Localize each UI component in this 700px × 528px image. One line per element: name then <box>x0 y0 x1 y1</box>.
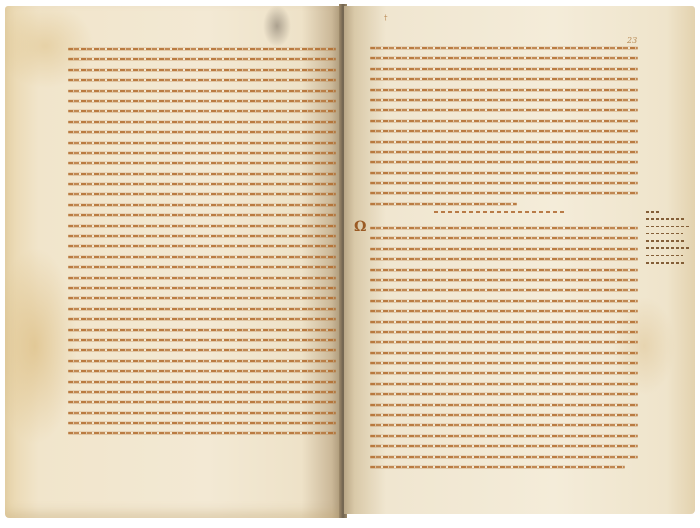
manuscript-text-line <box>68 412 336 414</box>
manuscript-text-line <box>370 172 638 174</box>
manuscript-text-line <box>370 99 638 101</box>
manuscript-text-line <box>68 183 336 185</box>
manuscript-text-line <box>68 401 336 403</box>
manuscript-text-line <box>370 269 638 271</box>
manuscript-text-line <box>370 331 638 333</box>
manuscript-text-line <box>370 393 638 395</box>
manuscript-text-line <box>68 214 336 216</box>
manuscript-text-line <box>370 151 638 153</box>
manuscript-text-line <box>370 300 638 302</box>
manuscript-text-line <box>68 173 336 175</box>
manuscript-text-line <box>370 182 638 184</box>
manuscript-text-line <box>68 245 336 247</box>
manuscript-text-line <box>370 289 638 291</box>
manuscript-text-line <box>370 130 638 132</box>
manuscript-text-line <box>68 162 336 164</box>
manuscript-text-line <box>370 120 638 122</box>
manuscript-text-line <box>370 456 638 458</box>
manuscript-text-line <box>370 237 638 239</box>
marginal-note-line <box>646 255 683 257</box>
manuscript-text-line <box>68 370 336 372</box>
manuscript-text-line <box>68 131 336 133</box>
manuscript-text-line <box>370 248 638 250</box>
manuscript-text-line <box>68 432 336 434</box>
marginal-note-line <box>646 262 686 264</box>
manuscript-text-line <box>370 435 638 437</box>
manuscript-text-line <box>68 349 336 351</box>
manuscript-text-line <box>370 352 638 354</box>
manuscript-text-line <box>68 90 336 92</box>
manuscript-text-line <box>68 58 336 60</box>
manuscript-text-line <box>68 204 336 206</box>
manuscript-text-line <box>370 109 638 111</box>
manuscript-text-line <box>370 383 638 385</box>
manuscript-text-line <box>370 445 638 447</box>
manuscript-text-line <box>68 256 336 258</box>
right-page-text-block-top <box>370 47 638 213</box>
manuscript-text-line <box>68 277 336 279</box>
marginal-note-line <box>646 218 686 220</box>
manuscript-text-line <box>68 69 336 71</box>
marginal-note-line <box>646 247 689 249</box>
manuscript-text-line <box>68 266 336 268</box>
manuscript-text-line <box>370 424 638 426</box>
manuscript-text-line <box>68 360 336 362</box>
manuscript-text-line <box>68 121 336 123</box>
manuscript-text-line <box>68 110 336 112</box>
manuscript-text-line <box>370 404 638 406</box>
manuscript-text-line <box>68 308 336 310</box>
right-page-text-block-bottom <box>370 227 638 476</box>
manuscript-text-line <box>68 152 336 154</box>
left-manuscript-page <box>5 6 342 518</box>
manuscript-text-line <box>370 89 638 91</box>
manuscript-text-line <box>370 466 625 468</box>
manuscript-text-line <box>370 414 638 416</box>
manuscript-text-line <box>68 48 336 50</box>
manuscript-text-line <box>68 329 336 331</box>
manuscript-text-line <box>68 318 336 320</box>
marginal-note-line <box>646 233 683 235</box>
decorated-initial-letter: Ω <box>354 220 366 234</box>
manuscript-text-line <box>68 100 336 102</box>
manuscript-text-line <box>68 225 336 227</box>
manuscript-text-line <box>370 372 638 374</box>
manuscript-text-line <box>370 341 638 343</box>
manuscript-text-line <box>68 297 336 299</box>
manuscript-text-line <box>370 57 638 59</box>
manuscript-text-line <box>68 142 336 144</box>
manuscript-text-line <box>370 258 638 260</box>
manuscript-text-line <box>370 192 638 194</box>
manuscript-text-line <box>68 193 336 195</box>
manuscript-text-line <box>370 141 638 143</box>
folio-number: 23 <box>627 36 637 45</box>
cross-mark-icon: † <box>384 14 388 22</box>
manuscript-text-line <box>370 68 638 70</box>
manuscript-text-line <box>68 381 336 383</box>
manuscript-text-line <box>370 310 638 312</box>
manuscript-text-line <box>370 161 638 163</box>
marginal-note-line <box>646 211 660 213</box>
manuscript-text-line <box>68 79 336 81</box>
right-manuscript-page: † 23 heading (rubric) Ω <box>344 6 695 514</box>
marginal-note-line <box>646 240 686 242</box>
marginal-annotation <box>646 211 692 269</box>
left-page-text-block <box>68 48 336 443</box>
manuscript-text-line <box>68 391 336 393</box>
manuscript-text-line <box>68 235 336 237</box>
manuscript-text-line <box>370 227 638 229</box>
marginal-note-line <box>646 226 689 228</box>
manuscript-text-line <box>370 362 638 364</box>
manuscript-text-line <box>370 279 638 281</box>
manuscript-text-line <box>370 321 638 323</box>
manuscript-text-line <box>370 78 638 80</box>
manuscript-text-line <box>68 339 336 341</box>
manuscript-text-line <box>370 47 638 49</box>
manuscript-text-line <box>68 422 336 424</box>
manuscript-text-line <box>68 287 336 289</box>
